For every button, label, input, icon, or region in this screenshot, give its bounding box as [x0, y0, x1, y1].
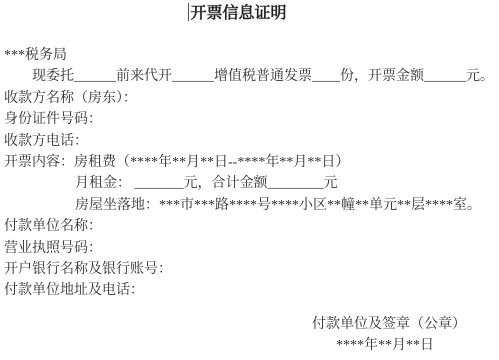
line-id-number[interactable]: 身份证件号码：: [4, 109, 497, 130]
blank-space: [4, 302, 497, 314]
document-page[interactable]: 开票信息证明 ***税务局 现委托______前来代开______增值税普通发票…: [0, 0, 499, 360]
line-monthly-rent[interactable]: 月租金： _______元，合计金额________元: [4, 173, 497, 194]
signature-date-line[interactable]: ****年**月**日: [4, 335, 497, 356]
document-title: 开票信息证明: [190, 5, 286, 22]
line-tax-bureau[interactable]: ***税务局: [4, 45, 497, 66]
signature-seal-label[interactable]: 付款单位及签章（公章）: [4, 314, 497, 335]
line-bank-info[interactable]: 开户银行名称及银行账号：: [4, 259, 497, 280]
line-payee-name[interactable]: 收款方名称（房东）：: [4, 88, 497, 109]
line-payee-phone[interactable]: 收款方电话：: [4, 131, 497, 152]
line-business-license[interactable]: 营业执照号码：: [4, 238, 497, 259]
document-title-row[interactable]: 开票信息证明: [0, 3, 484, 24]
line-payer-name[interactable]: 付款单位名称：: [4, 216, 497, 237]
line-property-location[interactable]: 房屋坐落地：***市***路****号****小区**幢**单元**层****室…: [4, 195, 497, 216]
line-invoice-content[interactable]: 开票内容：房租费（****年**月**日--****年**月**日）: [4, 152, 497, 173]
line-entrust-statement[interactable]: 现委托______前来代开______增值税普通发票____份，开票金额____…: [4, 66, 497, 87]
line-payer-address[interactable]: 付款单位地址及电话：: [4, 280, 497, 301]
